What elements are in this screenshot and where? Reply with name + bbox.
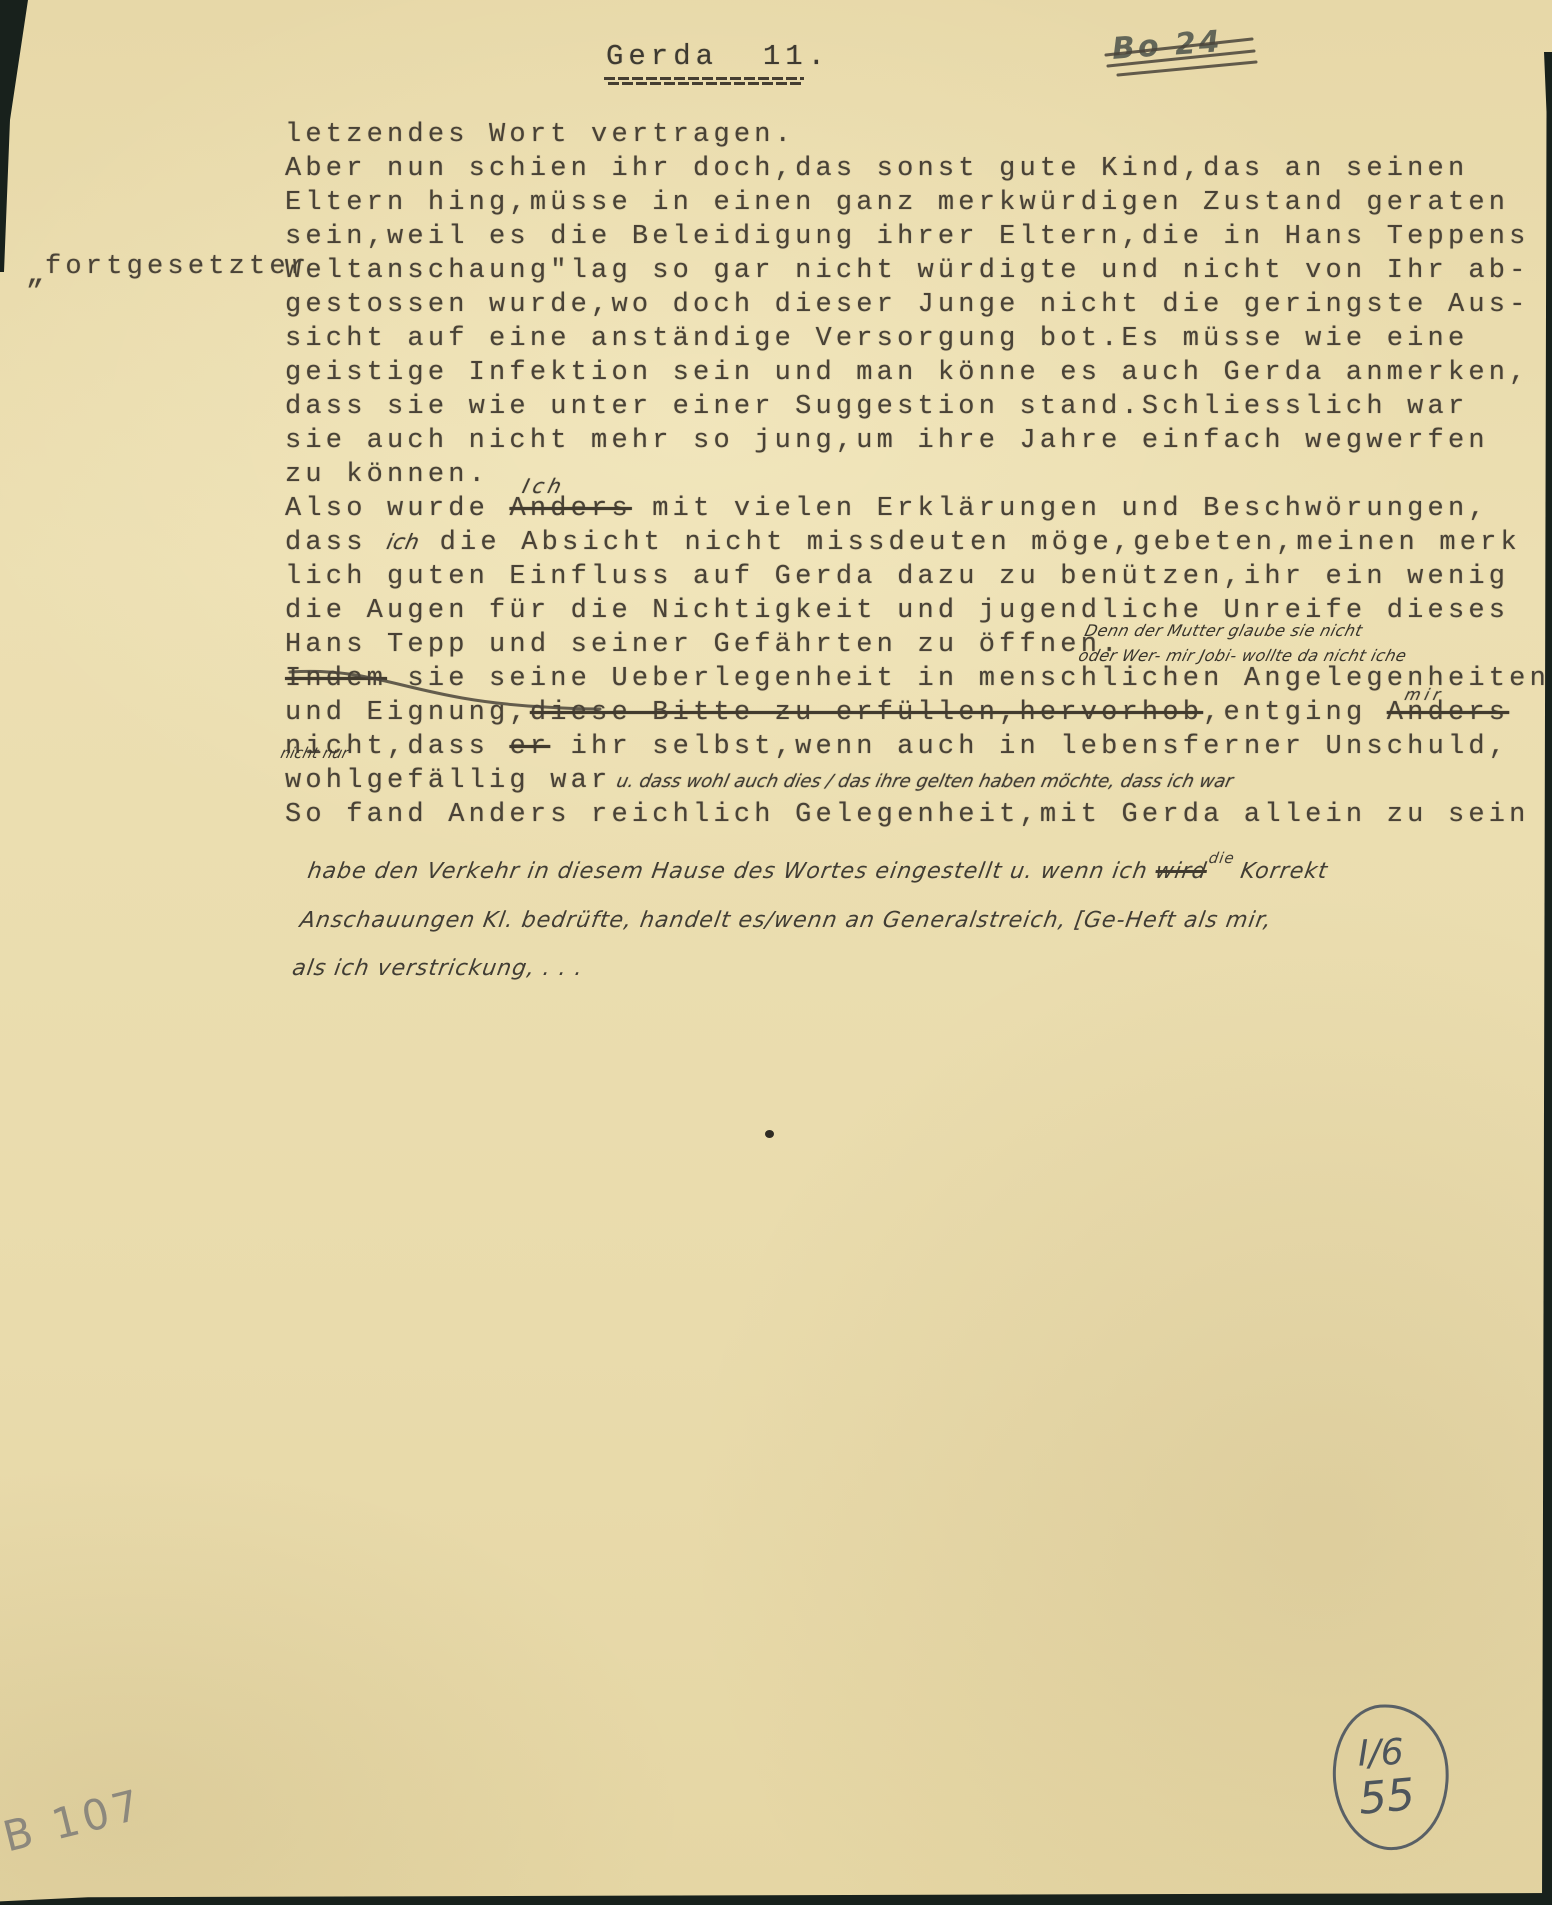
typescript-page-scan: Gerda 11. Bo 24 fortgesetzter „ letzende… (0, 0, 1552, 1905)
typed-line: Eltern hing,müsse in einen ganz merkwürd… (285, 186, 1550, 220)
typed-text: mit vielen Erklärungen und Beschwörungen… (632, 494, 1489, 524)
handwritten-line: Denn der Mutter glaube sie nicht (1082, 618, 1552, 643)
handwritten-superscript: die (1207, 849, 1236, 867)
registry-stamp-circle: I/6 55 (1327, 1699, 1455, 1855)
typed-line-with-correction: und Eignung,diese Bitte zu erfüllen,herv… (285, 696, 1550, 730)
typed-line: dass sie wie unter einer Suggestion stan… (285, 390, 1550, 424)
typed-text: dass (285, 528, 387, 558)
page-title: Gerda 11. (606, 40, 830, 73)
handwritten-line: oder Wer- mir Jobi- wollte da nicht iche (1076, 643, 1552, 668)
typed-body: letzendes Wort vertragen. Aber nun schie… (285, 118, 1550, 832)
handwritten-line: Anschauungen Kl. bedrüfte, handelt es/we… (296, 897, 1324, 945)
handwritten-continuation: u. dass wohl auch dies / das ihre gelten… (610, 773, 1236, 791)
typed-line-with-correction: nicht,dass er ihr selbst,wenn auch in le… (285, 730, 1550, 764)
typed-line-with-correction: Also wurde AndersIch mit vielen Erklärun… (285, 492, 1550, 526)
struck-word: Indem (285, 664, 387, 694)
typed-line: gestossen wurde,wo doch dieser Junge nic… (285, 288, 1550, 322)
typed-line: So fand Anders reichlich Gelegenheit,mit… (285, 798, 1550, 832)
scan-edge-bottom (0, 1893, 1552, 1905)
struck-word: er (509, 732, 550, 762)
handwritten-text: habe den Verkehr in diesem Hause des Wor… (306, 859, 1158, 884)
typed-line: lich guten Einfluss auf Gerda dazu zu be… (285, 560, 1550, 594)
margin-quote-mark: „ (26, 258, 48, 292)
stamp-line-2: 55 (1357, 1773, 1417, 1822)
typed-line: geistige Infektion sein und man könne es… (285, 356, 1550, 390)
handwritten-struck-word: wird (1154, 859, 1209, 884)
handwritten-text: Korrekt (1231, 859, 1330, 884)
typed-text: ihr selbst,wenn auch in lebensferner Uns… (550, 732, 1509, 762)
typed-text-struck: AndersIch (509, 494, 631, 524)
typed-text-struck: Andersmir (1387, 698, 1509, 728)
archive-note-crossed-out: Bo 24 (1111, 24, 1224, 67)
handwritten-line: als ich verstrickung, . . . (289, 945, 1317, 993)
typed-line: Weltanschaung"lag so gar nicht würdigte … (285, 254, 1550, 288)
handwritten-side-note: Denn der Mutter glaube sie nicht oder We… (1076, 618, 1552, 668)
typed-line: sie auch nicht mehr so jung,um ihre Jahr… (285, 424, 1550, 458)
corner-mark: B 107 (0, 1780, 148, 1862)
typed-line: letzendes Wort vertragen. (285, 118, 1550, 152)
typed-text: ,entging (1203, 698, 1387, 728)
stamp-line-1: I/6 (1357, 1735, 1404, 1773)
typed-text: sie seine Ueberlegenheit in menschlichen… (387, 664, 1550, 694)
struck-phrase: diese Bitte zu erfüllen,hervorhob (530, 698, 1203, 728)
title-underline (604, 77, 804, 86)
scan-edge-top-left (0, 0, 30, 272)
handwritten-line: habe den Verkehr in diesem Hause des Wor… (304, 848, 1332, 897)
handwritten-paragraph: habe den Verkehr in diesem Hause des Wor… (289, 848, 1332, 993)
ink-dot (765, 1130, 774, 1138)
typed-line: zu können. (285, 458, 1550, 492)
typed-line-with-correction: wohlgefällig war u. dass wohl auch dies … (285, 764, 1550, 798)
typed-line: sicht auf eine anständige Versorgung bot… (285, 322, 1550, 356)
handwritten-insertion: mir (1401, 678, 1449, 712)
typed-text: die Absicht nicht missdeuten möge,gebete… (419, 528, 1521, 558)
typed-line-with-correction: dass ich die Absicht nicht missdeuten mö… (285, 526, 1550, 560)
typed-text: und Eignung, (285, 698, 530, 728)
typed-line: Aber nun schien ihr doch,das sonst gute … (285, 152, 1550, 186)
typed-line: sein,weil es die Beleidigung ihrer Elter… (285, 220, 1550, 254)
typed-text: Also wurde (285, 494, 509, 524)
margin-note: fortgesetzter (45, 252, 310, 282)
typed-text: wohlgefällig war (285, 766, 611, 796)
handwritten-margin-note: nicht nur (279, 744, 351, 762)
handwritten-insertion: ich (385, 532, 422, 553)
